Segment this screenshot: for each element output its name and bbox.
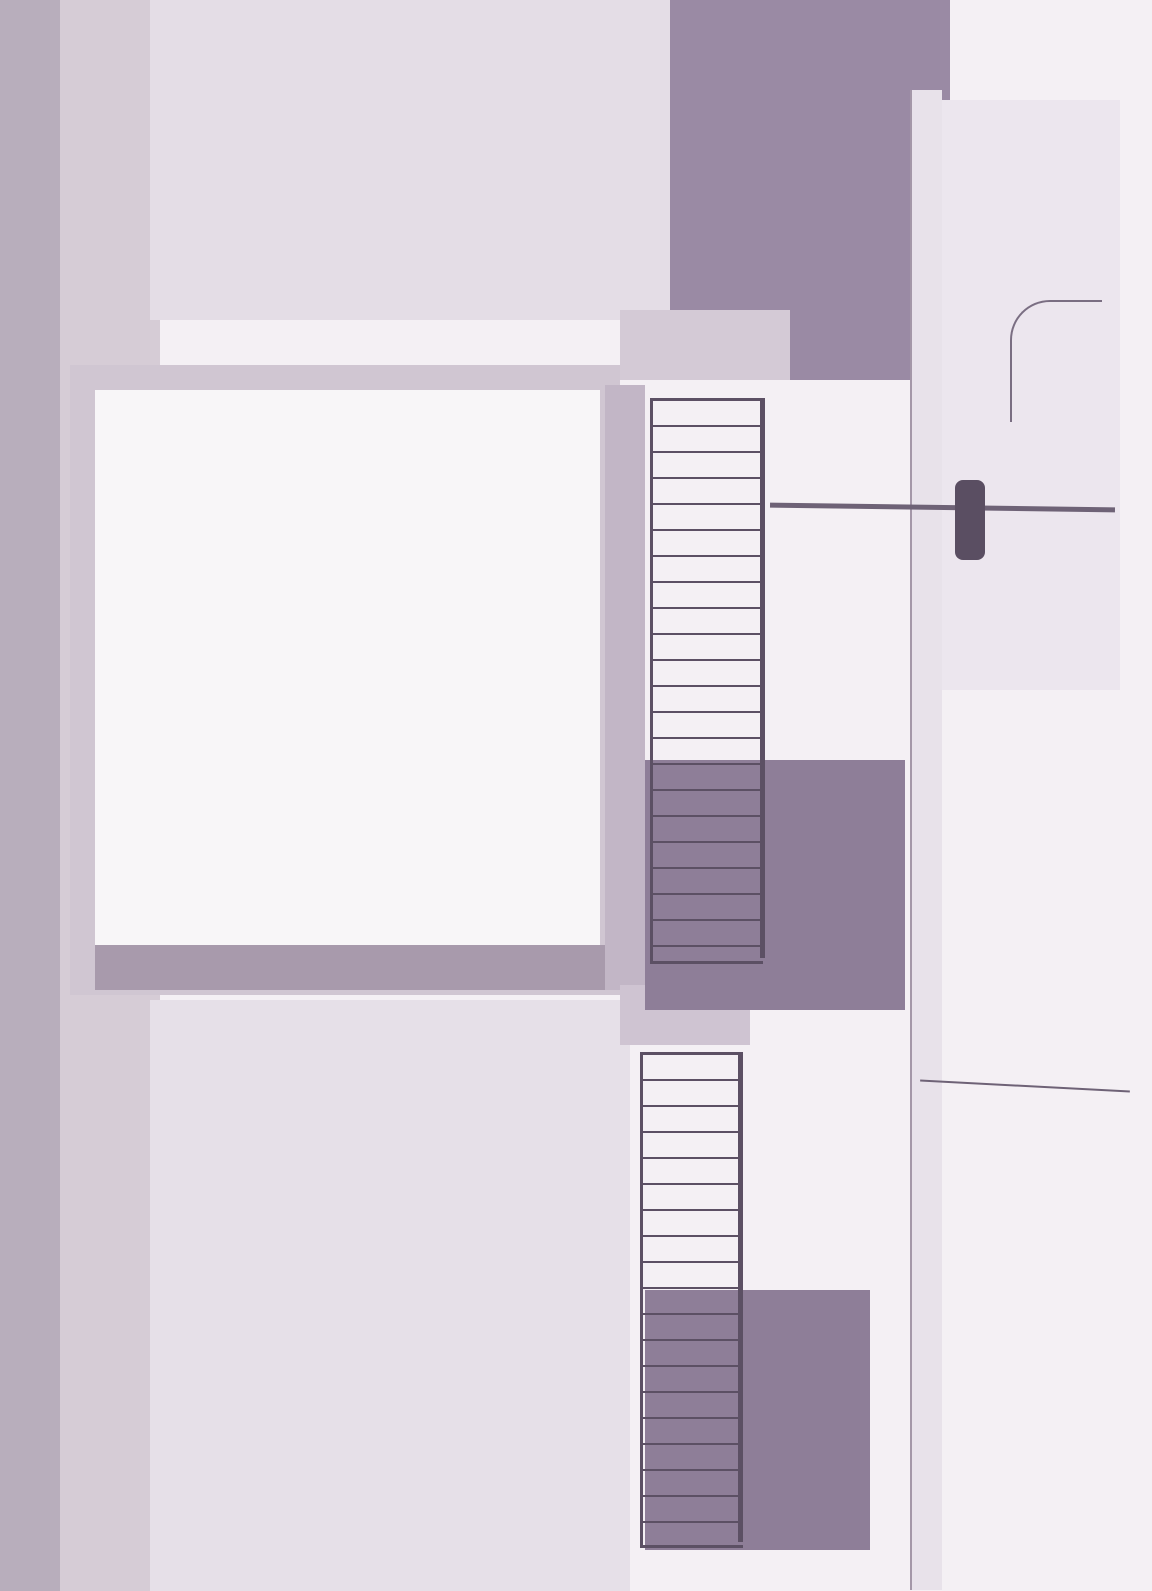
railing-upper-post	[760, 398, 765, 958]
plant-branches	[1010, 300, 1102, 422]
frame-opening	[95, 390, 600, 945]
railing-lower	[640, 1052, 743, 1548]
ground-strip	[0, 0, 60, 1591]
electrical-fixture	[955, 480, 985, 560]
upper-wall	[150, 0, 670, 320]
frame-ledge	[95, 945, 605, 990]
lower-wall	[150, 1000, 630, 1591]
railing-upper	[650, 398, 763, 964]
wire	[920, 1080, 1130, 1093]
floor-slab	[910, 90, 942, 1590]
building-facade-photo	[0, 0, 1152, 1591]
vertical-beam	[605, 385, 645, 990]
beam-top	[620, 310, 790, 380]
railing-lower-post	[738, 1052, 743, 1542]
